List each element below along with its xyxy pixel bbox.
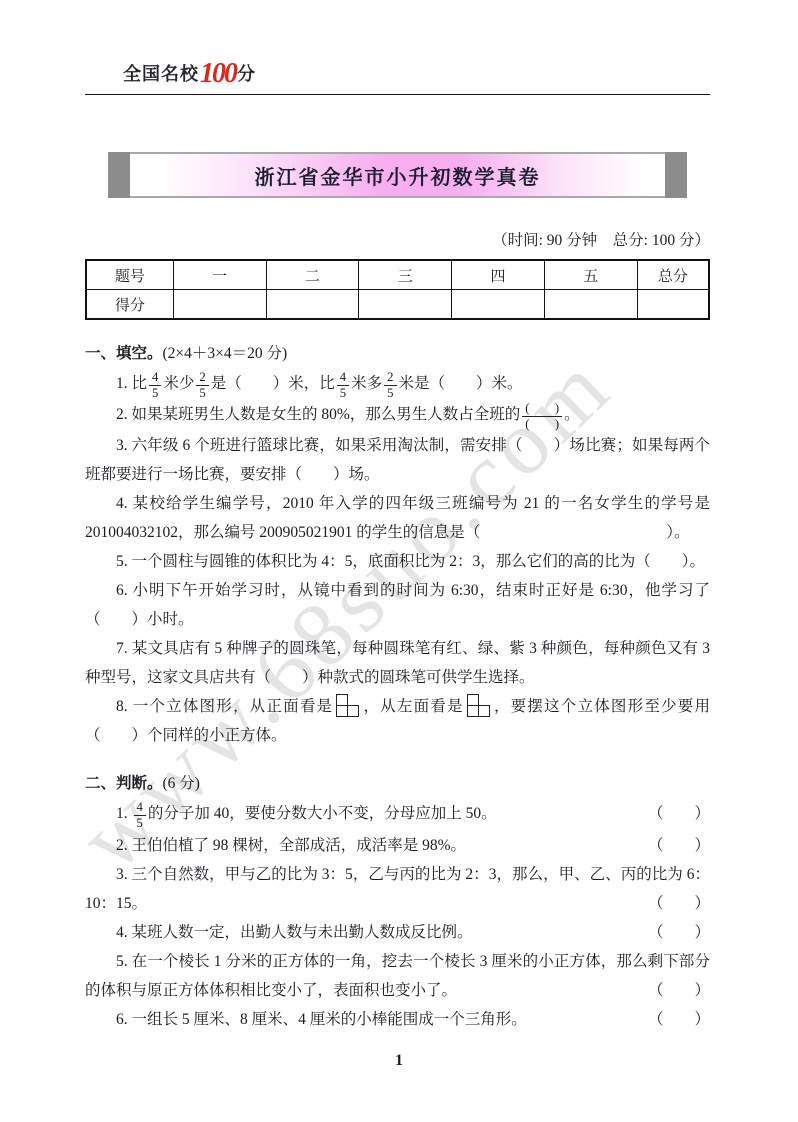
fraction: 45 (134, 801, 146, 831)
answer-blank: （ ） (648, 799, 710, 828)
fraction: 45 (337, 371, 349, 401)
header-divider (85, 94, 710, 95)
th-part-3: 三 (359, 260, 452, 290)
page-title: 浙江省金华市小升初数学真卷 (255, 161, 541, 190)
banner-right-cap (665, 152, 687, 198)
publisher-logo: 全国名校100分 (123, 56, 710, 88)
fill-question-7: 7. 某文具店有 5 种牌子的圆珠笔，每种圆珠笔有红、绿、紫 3 种颜色，每种颜… (85, 634, 710, 692)
fill-question-1: 1. 比45米少25是（ ）米，比45米多25米是（ ）米。 (85, 369, 710, 400)
fraction: 45 (149, 371, 161, 401)
answer-blank: （ ） (648, 976, 710, 1005)
text-run: 5. 一个圆柱与圆锥的体积比为 4：5，底面积比为 2：3，那么它们的高的比为（… (116, 553, 705, 570)
text-run: 3. 六年级 6 个班进行篮球比赛，如果采用淘汰制，需安排（ ）场比赛；如果每两… (85, 437, 710, 483)
fill-question-5: 5. 一个圆柱与圆锥的体积比为 4：5，底面积比为 2：3，那么它们的高的比为（… (85, 547, 710, 576)
section-2-score: (6 分) (163, 775, 200, 792)
score-cell (452, 290, 545, 320)
answer-blank: （ ） (648, 831, 710, 860)
judge-question-4: 4. 某班人数一定，出勤人数与未出勤人数成反比例。（ ） (85, 918, 710, 947)
text-run: 8. 一个立体图形，从正面看是 (116, 698, 333, 715)
judge-question-6: 6. 一组长 5 厘米、8 厘米、4 厘米的小棒能围成一个三角形。（ ） (85, 1005, 710, 1034)
fill-question-3: 3. 六年级 6 个班进行篮球比赛，如果采用淘汰制，需安排（ ）场比赛；如果每两… (85, 431, 710, 489)
text-run: ，从左面看是 (362, 698, 463, 715)
score-row-label: 得分 (86, 290, 173, 320)
score-cell (359, 290, 452, 320)
text-run: 6. 一组长 5 厘米、8 厘米、4 厘米的小棒能围成一个三角形。 (116, 1011, 527, 1028)
text-run: 2. 如果某班男生人数是女生的 80%，那么男生人数占全班的 (116, 406, 520, 423)
answer-blank: （ ） (648, 1005, 710, 1034)
title-banner: 浙江省金华市小升初数学真卷 (108, 152, 687, 198)
score-table-score-row: 得分 (86, 290, 709, 320)
text-run: 米多 (351, 375, 382, 392)
judge-question-5: 5. 在一个棱长 1 分米的正方体的一角，挖去一个棱长 3 厘米的小正方体，那么… (85, 947, 710, 1005)
logo-text-prefix: 全国名校 (123, 64, 199, 84)
section-2-title: 二、判断。 (85, 775, 163, 792)
text-run: 1. 比 (116, 375, 147, 392)
banner-left-cap (108, 152, 130, 198)
th-part-1: 一 (173, 260, 266, 290)
fraction: ( )( ) (522, 402, 562, 432)
score-cell (544, 290, 637, 320)
banner-bar: 浙江省金华市小升初数学真卷 (128, 152, 667, 198)
fraction: 25 (384, 371, 396, 401)
fill-question-2: 2. 如果某班男生人数是女生的 80%，那么男生人数占全班的( )( )。 (85, 400, 710, 431)
text-run: 7. 某文具店有 5 种牌子的圆珠笔，每种圆珠笔有红、绿、紫 3 种颜色，每种颜… (85, 640, 710, 686)
l-tromino-icon (335, 693, 360, 718)
section-1-title: 一、填空。 (85, 345, 163, 362)
fill-question-6: 6. 小明下午开始学习时，从镜中看到的时间为 6:30，结束时正好是 6:30，… (85, 576, 710, 634)
logo-text-suffix: 分 (237, 64, 256, 84)
section-1-score: (2×4＋3×4＝20 分) (163, 345, 288, 362)
text-run: 。 (564, 406, 580, 423)
score-table: 题号 一 二 三 四 五 总分 得分 (85, 259, 710, 320)
text-run: 的分子加 40，要使分数大小不变，分母应加上 50。 (148, 805, 497, 822)
score-cell (173, 290, 266, 320)
answer-blank: （ ） (648, 918, 710, 947)
answer-blank: （ ） (648, 889, 710, 918)
section-2-heading: 二、判断。(6 分) (85, 769, 710, 799)
text-run: 米少 (163, 375, 194, 392)
th-part-5: 五 (544, 260, 637, 290)
section-fill-blanks: 一、填空。(2×4＋3×4＝20 分) 1. 比45米少25是（ ）米，比45米… (85, 339, 710, 750)
judge-question-2: 2. 王伯伯植了 98 棵树，全部成活，成活率是 98%。（ ） (85, 831, 710, 860)
judge-question-3: 3. 三个自然数，甲与乙的比为 3：5，乙与丙的比为 2：3，那么，甲、乙、丙的… (85, 860, 710, 918)
text-run: 4. 某班人数一定，出勤人数与未出勤人数成反比例。 (116, 924, 473, 941)
score-table-header-row: 题号 一 二 三 四 五 总分 (86, 260, 709, 290)
text-run: 5. 在一个棱长 1 分米的正方体的一角，挖去一个棱长 3 厘米的小正方体，那么… (85, 953, 710, 999)
logo-number-100: 100 (200, 58, 236, 89)
text-run: 4. 某校给学生编学号，2010 年入学的四年级三班编号为 21 的一名女学生的… (85, 495, 710, 541)
th-question-no: 题号 (86, 260, 173, 290)
text-run: 2. 王伯伯植了 98 棵树，全部成活，成活率是 98%。 (116, 837, 466, 854)
section-judgment: 二、判断。(6 分) 1. 45的分子加 40，要使分数大小不变，分母应加上 5… (85, 769, 710, 1033)
th-total: 总分 (637, 260, 709, 290)
fill-question-4: 4. 某校给学生编学号，2010 年入学的四年级三班编号为 21 的一名女学生的… (85, 489, 710, 547)
fraction: 25 (196, 371, 208, 401)
fill-question-8: 8. 一个立体图形，从正面看是 ，从左面看是 ，要摆这个立体图形至少要用（ ）个… (85, 692, 710, 750)
judge-question-1: 1. 45的分子加 40，要使分数大小不变，分母应加上 50。（ ） (85, 799, 710, 830)
text-run: 3. 三个自然数，甲与乙的比为 3：5，乙与丙的比为 2：3，那么，甲、乙、丙的… (85, 866, 710, 912)
exam-paper-page: www.68suo.com 全国名校100分 浙江省金华市小升初数学真卷 （时间… (0, 0, 798, 1122)
text-run: 米是（ ）米。 (399, 375, 523, 392)
page-number: 1 (0, 1052, 798, 1070)
score-cell (637, 290, 709, 320)
section-1-heading: 一、填空。(2×4＋3×4＝20 分) (85, 339, 710, 369)
text-run: 1. (116, 805, 132, 822)
text-run: 6. 小明下午开始学习时，从镜中看到的时间为 6:30，结束时正好是 6:30，… (85, 582, 710, 628)
text-run: 是（ ）米，比 (211, 375, 335, 392)
th-part-4: 四 (452, 260, 545, 290)
l-tromino-icon (466, 693, 491, 718)
time-score-line: （时间: 90 分钟 总分: 100 分） (85, 231, 710, 251)
th-part-2: 二 (266, 260, 359, 290)
score-cell (266, 290, 359, 320)
